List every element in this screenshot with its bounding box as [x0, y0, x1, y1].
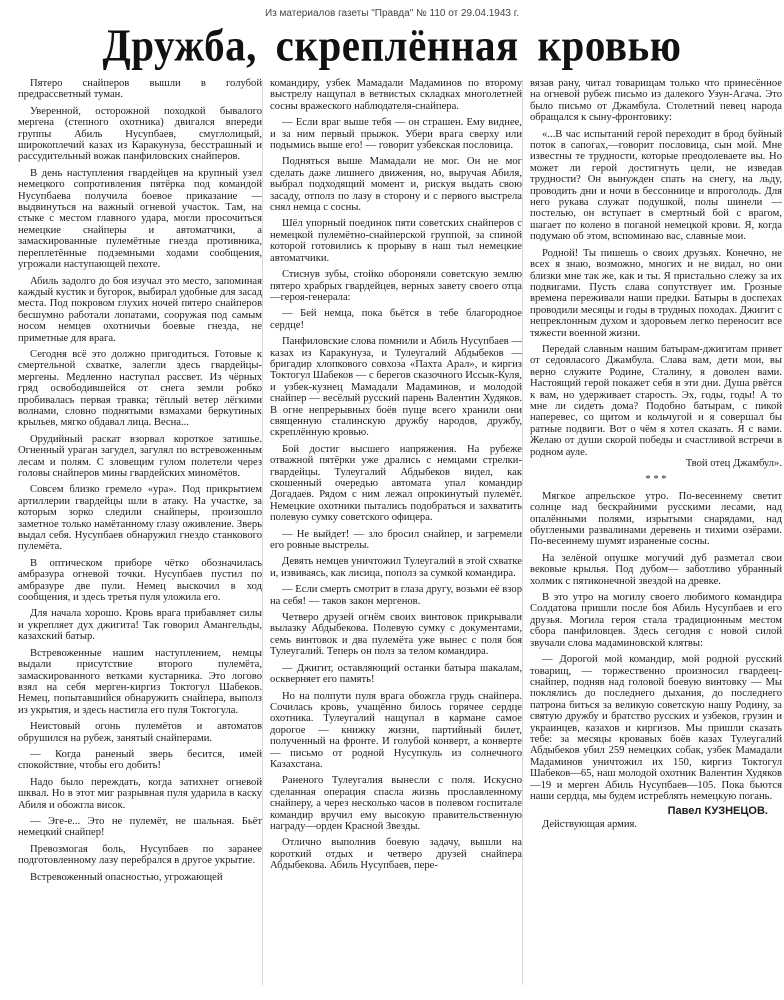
article-paragraph: — Если смерть смотрит в глаза другу, воз… — [270, 584, 522, 607]
article-paragraph: командиру, узбек Мамадали Мадаминов по в… — [270, 78, 522, 112]
article-paragraph: * * * — [530, 474, 782, 485]
article-paragraph: Уверенной, осторожной походкой бывалого … — [18, 106, 262, 163]
article-paragraph: «...В час испытаний герой переходит в бр… — [530, 129, 782, 243]
article-paragraph: — Не выйдет! — зло бросил снайпер, и заг… — [270, 529, 522, 552]
article-paragraph: Абиль задолго до боя изучал это место, з… — [18, 276, 262, 344]
article-paragraph: вязав рану, читал товарищам только что п… — [530, 78, 782, 124]
article-paragraph: Шёл упорный поединок пяти советских снай… — [270, 218, 522, 264]
article-paragraph: — Джигит, оставляющий останки батыра шак… — [270, 663, 522, 686]
article-paragraph: Совсем близко гремело «ура». Под прикрыт… — [18, 484, 262, 552]
article-paragraph: В день наступления гвардейцев на крупный… — [18, 168, 262, 271]
article-paragraph: В оптическом приборе чётко обозначилась … — [18, 558, 262, 604]
article-paragraph: Передай славным нашим батырам-джигитам п… — [530, 344, 782, 458]
article-paragraph: Но на полпути пуля врага обожгла грудь с… — [270, 691, 522, 771]
article-paragraph: Подняться выше Мамадали не мог. Он не мо… — [270, 156, 522, 213]
article-paragraph: — Если враг выше тебя — он страшен. Ему … — [270, 117, 522, 151]
article-paragraph: В это утро на могилу своего любимого ком… — [530, 592, 782, 649]
article-paragraph: Превозмогая боль, Нусупбаев по заранее п… — [18, 844, 262, 867]
article-paragraph: Неистовый огонь пулемётов и автоматов об… — [18, 721, 262, 744]
article-paragraph: — Когда раненый зверь бесится, имей спок… — [18, 749, 262, 772]
article-paragraph: — Бей немца, пока бьётся в тебе благород… — [270, 308, 522, 331]
article-body: Пятеро снайперов вышли в голубой предрас… — [18, 78, 776, 998]
article-paragraph: Встревоженные нашим наступлением, немцы … — [18, 648, 262, 716]
article-paragraph: Надо было переждать, когда затихнет огне… — [18, 777, 262, 811]
article-paragraph: Орудийный раскат взорвал короткое затишь… — [18, 434, 262, 480]
article-paragraph: — Дорогой мой командир, мой родной русск… — [530, 654, 782, 802]
article-paragraph: Родной! Ты пишешь о своих друзьях. Конеч… — [530, 248, 782, 339]
article-paragraph: — Эге-е... Это не пулемёт, не шальная. Б… — [18, 816, 262, 839]
article-paragraph: Четверо друзей огнём своих винтовок прик… — [270, 612, 522, 658]
article-paragraph: Для начала хорошо. Кровь врага прибавляе… — [18, 608, 262, 642]
article-paragraph: Твой отец Джамбул». — [530, 458, 782, 469]
article-paragraph: Девять немцев уничтожил Тулеугалий в это… — [270, 556, 522, 579]
article-paragraph: Панфиловские слова помнили и Абиль Нусуп… — [270, 336, 522, 439]
author-signature: Павел КУЗНЕЦОВ. — [530, 806, 782, 817]
article-paragraph: Раненого Тулеугалия вынесли с поля. Иску… — [270, 775, 522, 832]
article-paragraph: На зелёной опушке могучий дуб разметал с… — [530, 553, 782, 587]
article-paragraph: Встревоженный опасностью, угрожающей — [18, 872, 262, 883]
column-3: вязав рану, читал товарищам только что п… — [530, 78, 782, 998]
article-paragraph: Пятеро снайперов вышли в голубой предрас… — [18, 78, 262, 101]
article-paragraph: Отлично выполнив боевую задачу, вышли на… — [270, 837, 522, 871]
dateline: Действующая армия. — [530, 819, 782, 830]
column-2: командиру, узбек Мамадали Мадаминов по в… — [270, 78, 522, 998]
article-paragraph: Стиснув зубы, стойко обороняли советскую… — [270, 269, 522, 303]
article-paragraph: Мягкое апрельское утро. По-весеннему све… — [530, 491, 782, 548]
article-paragraph: Бой достиг высшего напряжения. На рубеже… — [270, 444, 522, 524]
column-1: Пятеро снайперов вышли в голубой предрас… — [18, 78, 262, 998]
article-headline: Дружба, скреплённая кровью — [0, 18, 784, 72]
article-paragraph: Сегодня всё это должно пригодиться. Гото… — [18, 349, 262, 429]
